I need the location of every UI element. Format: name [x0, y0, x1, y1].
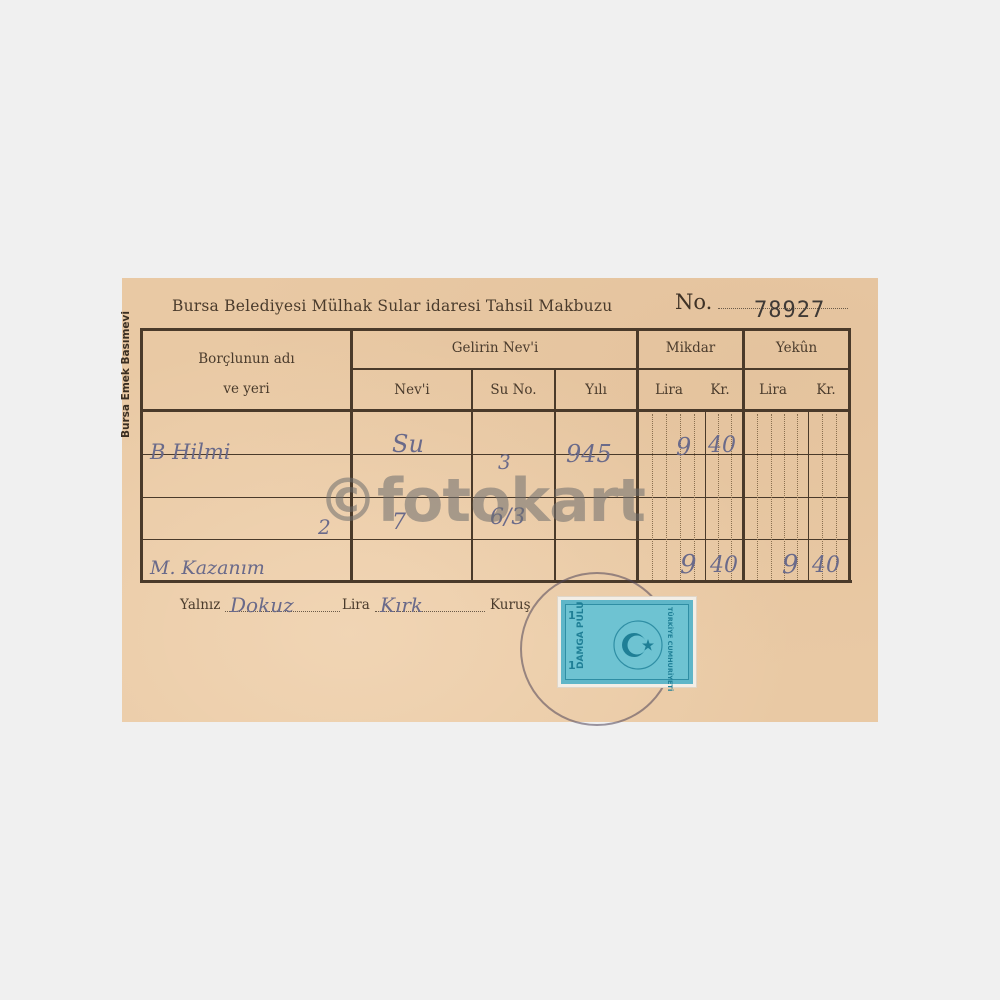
- handwritten-nevi-1: Su: [392, 430, 424, 458]
- printer-imprint: Bursa Emek Basımevi: [120, 311, 132, 438]
- stamp-value-bottom: 1: [568, 659, 576, 672]
- digit-guide: [652, 414, 653, 580]
- footer-kurus-label: Kuruş: [490, 597, 531, 613]
- col-divider-debtor: [350, 328, 353, 583]
- header-total: Yekûn: [745, 340, 848, 356]
- revenue-stamp: 1 1 DAMGA PULU TÜRKİYE CUMHURİYETİ: [558, 597, 696, 687]
- header-nevi: Nev'i: [353, 382, 471, 398]
- header-amount-kr: Kr.: [700, 382, 740, 398]
- header-debtor-line2: ve yeri: [143, 381, 350, 397]
- handwritten-grand-total-lira: 9: [782, 550, 799, 580]
- col-divider-amount: [742, 328, 745, 583]
- handwritten-amount-total-kr: 40: [710, 553, 738, 578]
- handwritten-grand-total-kr: 40: [812, 553, 840, 578]
- header-year: Yılı: [556, 382, 636, 398]
- digit-guide: [666, 414, 667, 580]
- handwritten-amount-lira: 9: [676, 433, 691, 461]
- digit-guide: [757, 414, 758, 580]
- document-title: Bursa Belediyesi Mülhak Sular idaresi Ta…: [172, 297, 612, 315]
- stamp-label: DAMGA PULU: [576, 601, 586, 669]
- amount-lira-kr-divider: [705, 410, 706, 582]
- handwritten-lira-words: Dokuz: [230, 593, 294, 617]
- header-total-lira: Lira: [748, 382, 798, 398]
- handwritten-debtor-name: B Hilmi: [150, 440, 230, 464]
- header-amount-lira: Lira: [644, 382, 694, 398]
- total-lira-kr-divider: [808, 410, 809, 582]
- header-amount: Mikdar: [639, 340, 742, 356]
- watermark: ©fotokart: [318, 466, 645, 536]
- col-divider-year: [636, 328, 639, 583]
- table-bottom-border: [140, 580, 852, 583]
- handwritten-amount-kr: 40: [708, 433, 736, 458]
- handwritten-year: 945: [566, 440, 612, 468]
- stamp-frame: 1 1 DAMGA PULU TÜRKİYE CUMHURİYETİ: [565, 604, 689, 680]
- header-income-type: Gelirin Nev'i: [353, 340, 637, 356]
- crescent-star-icon: [610, 617, 666, 673]
- header-su-no: Su No.: [473, 382, 554, 398]
- handwritten-kurus-words: Kırk: [380, 593, 423, 617]
- header-debtor-line1: Borçlunun adı: [143, 351, 350, 367]
- header-total-kr: Kr.: [806, 382, 846, 398]
- digit-guide: [771, 414, 772, 580]
- footer-lira-label: Lira: [342, 597, 370, 613]
- footer-only-label: Yalnız: [180, 597, 220, 613]
- handwritten-debtor-place: M. Kazanım: [150, 557, 265, 579]
- handwritten-amount-total-lira: 9: [680, 550, 697, 580]
- receipt-number: 78927: [754, 298, 825, 323]
- header-sub-divider: [352, 368, 850, 370]
- stamp-value-top: 1: [568, 609, 576, 622]
- table-right-border: [848, 328, 851, 583]
- stamp-country: TÜRKİYE CUMHURİYETİ: [666, 607, 674, 691]
- receipt-number-label: No.: [675, 290, 712, 314]
